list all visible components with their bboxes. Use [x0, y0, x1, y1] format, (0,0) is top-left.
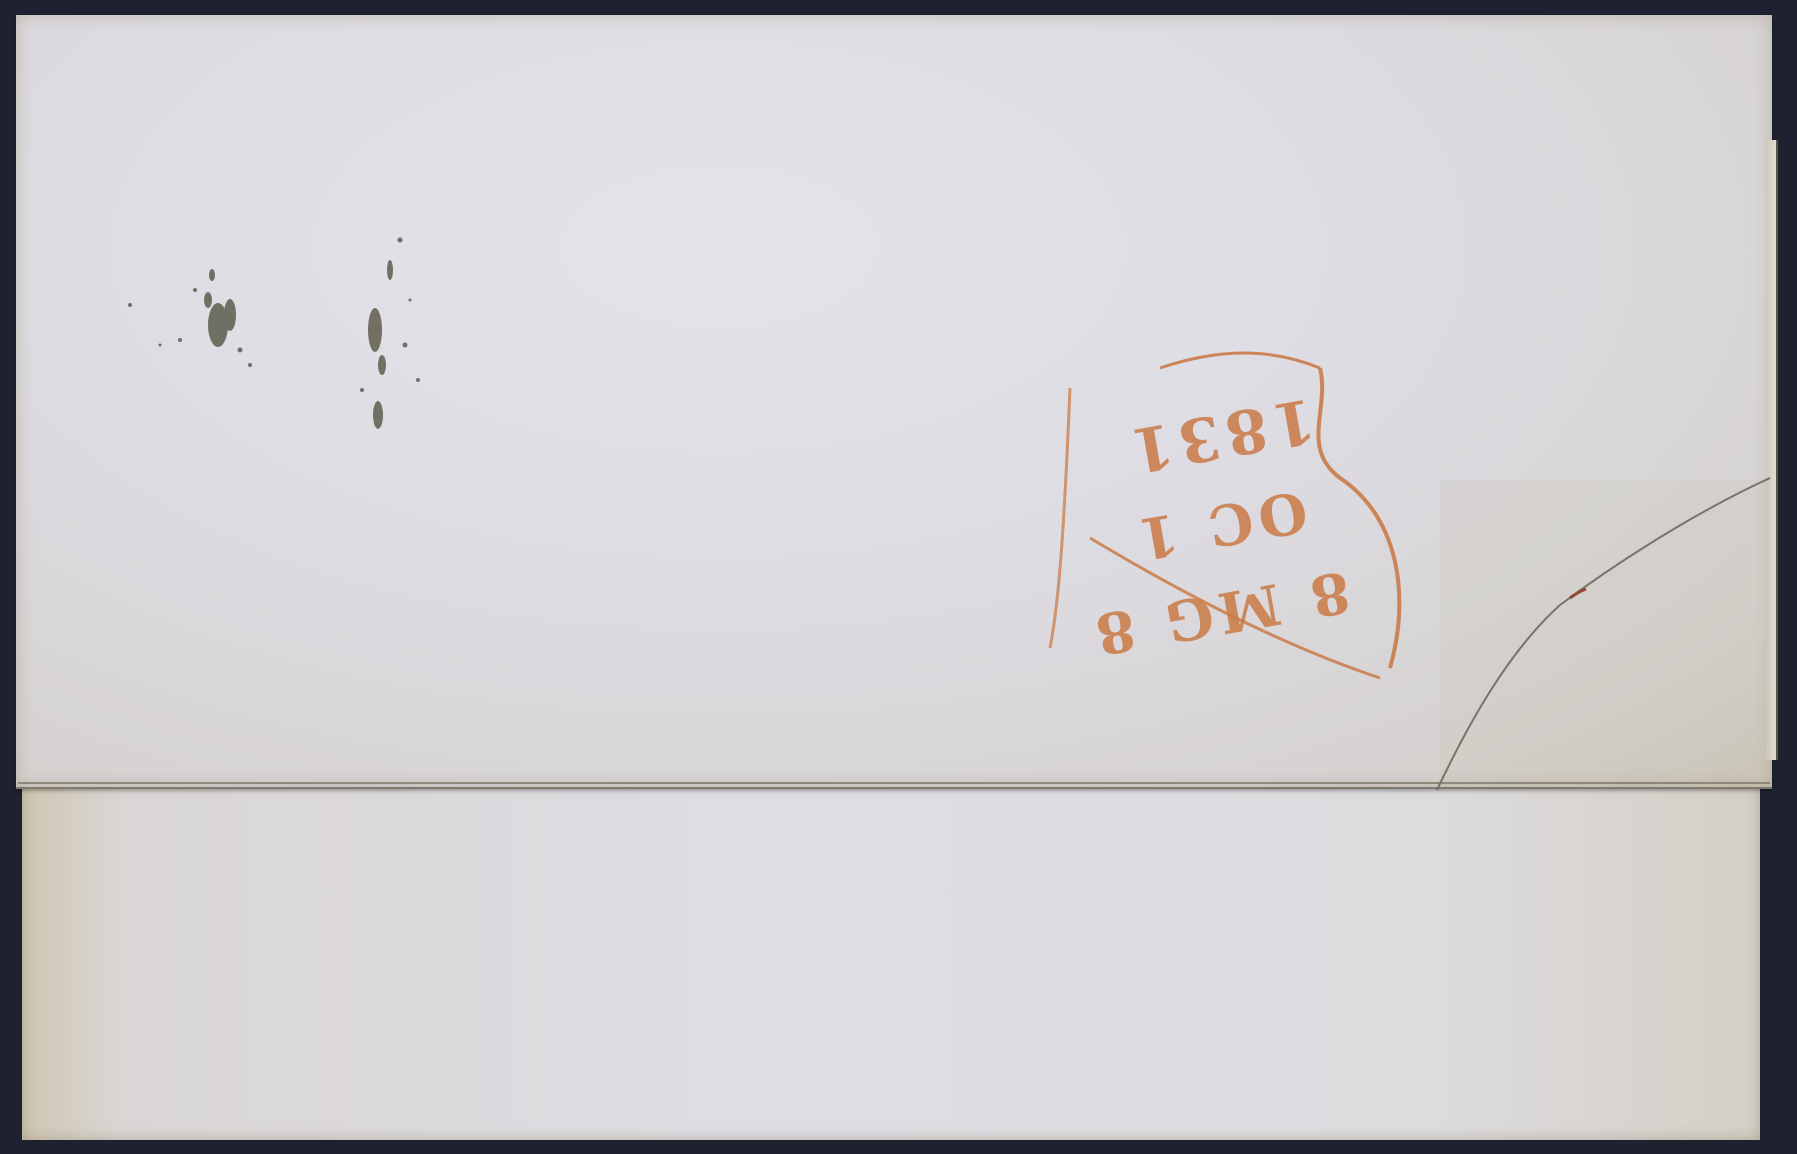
postmark-stamp: 8 MG 8 OC 1 1831 [1030, 338, 1410, 708]
letter-right-edge [1766, 140, 1778, 760]
letter-upper-flap [16, 15, 1772, 789]
letter-lower-panel [22, 783, 1760, 1140]
